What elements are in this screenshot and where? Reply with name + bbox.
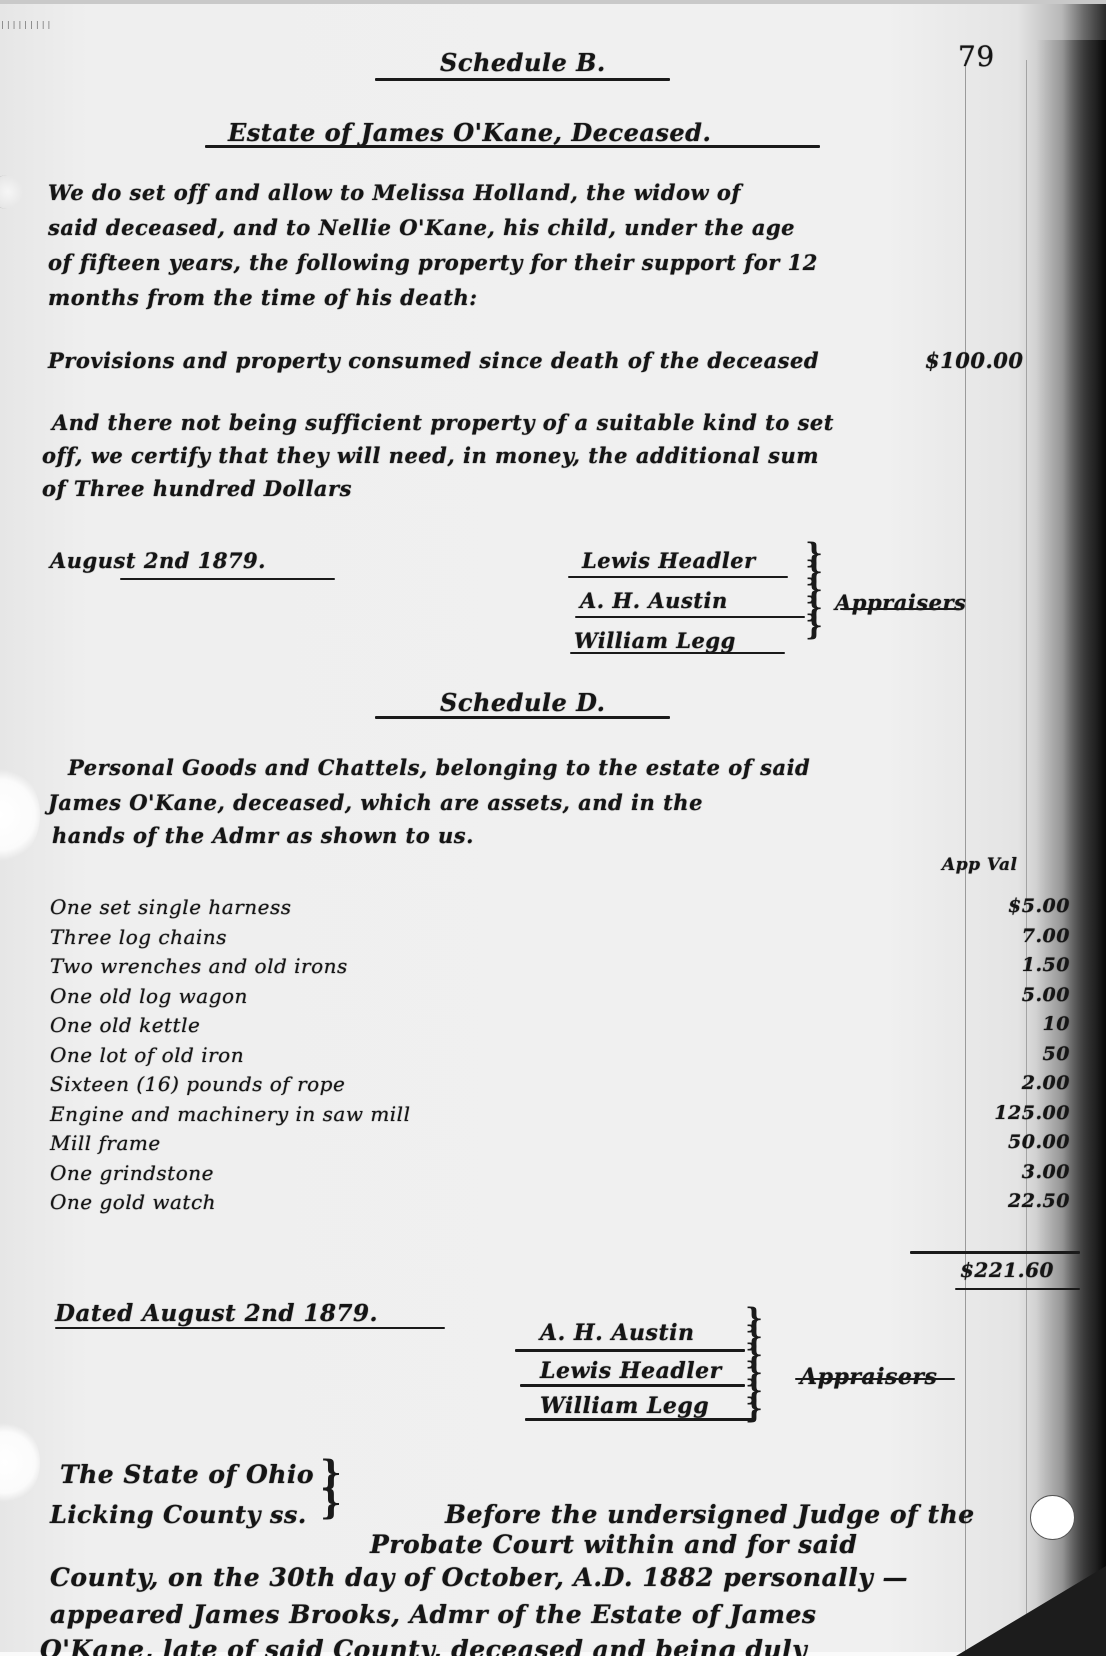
page-edge-shadow <box>1036 40 1106 1656</box>
date-underline <box>120 578 335 580</box>
schedule-d-date: Dated August 2nd 1879. <box>55 1300 378 1327</box>
title-underline <box>375 716 670 719</box>
item-value: 50 <box>960 1043 1070 1065</box>
appraisers-label: Appraisers <box>800 1364 937 1390</box>
brace-icon: }}}}}} <box>745 1310 763 1418</box>
total-rule <box>910 1251 1080 1254</box>
schedule-b-title: Schedule B. <box>440 48 606 77</box>
signature-line <box>525 1418 755 1421</box>
item-value: 10 <box>960 1013 1070 1035</box>
page-corner-shadow <box>956 1566 1106 1656</box>
schedule-d-title: Schedule D. <box>440 688 605 717</box>
inventory-item: One old log wagon <box>50 984 248 1008</box>
intro-line: hands of the Admr as shown to us. <box>52 823 474 848</box>
item-value: 3.00 <box>960 1161 1070 1183</box>
signature-line <box>520 1384 745 1387</box>
scan-top-edge <box>0 0 1106 4</box>
paragraph-line: of Three hundred Dollars <box>42 476 352 501</box>
item-value: 7.00 <box>960 925 1070 947</box>
label-underline <box>840 608 960 610</box>
appraiser-signature: A. H. Austin <box>540 1320 694 1346</box>
signature-line <box>575 616 805 618</box>
paragraph-line: months from the time of his death: <box>48 285 478 310</box>
binder-hole <box>0 175 24 209</box>
paragraph-line: off, we certify that they will need, in … <box>42 443 819 468</box>
affidavit-line: Before the undersigned Judge of the <box>445 1500 975 1529</box>
item-value: 22.50 <box>960 1190 1070 1212</box>
paragraph-line: said deceased, and to Nellie O'Kane, his… <box>48 215 795 240</box>
venue-caption: The State of Ohio <box>60 1460 314 1489</box>
binder-hole <box>1030 1495 1075 1540</box>
signature-line <box>515 1349 745 1352</box>
inventory-item: One lot of old iron <box>50 1043 244 1067</box>
item-value: 2.00 <box>960 1072 1070 1094</box>
label-underline <box>795 1378 955 1380</box>
paragraph-line: And there not being sufficient property … <box>52 410 834 435</box>
signature-line <box>570 652 785 654</box>
affidavit-line: appeared James Brooks, Admr of the Estat… <box>50 1600 816 1629</box>
inventory-item: One set single harness <box>50 895 292 919</box>
inventory-item: One gold watch <box>50 1190 216 1214</box>
paragraph-line: of fifteen years, the following property… <box>48 250 818 275</box>
item-value: 1.50 <box>960 954 1070 976</box>
inventory-total: $221.60 <box>960 1258 1054 1282</box>
intro-line: James O'Kane, deceased, which are assets… <box>48 790 703 815</box>
venue-caption: Licking County ss. <box>50 1500 307 1529</box>
appraiser-signature: William Legg <box>574 628 736 653</box>
appraiser-signature: Lewis Headler <box>540 1358 722 1384</box>
page-number: 79 <box>958 40 995 73</box>
margin-rule <box>1026 60 1027 1656</box>
date-underline <box>55 1327 445 1329</box>
inventory-item: Sixteen (16) pounds of rope <box>50 1072 345 1096</box>
brace-icon: }} <box>320 1458 342 1518</box>
value-column-header: App Val <box>942 855 1017 875</box>
affidavit-line: O'Kane, late of said County, deceased an… <box>40 1635 807 1656</box>
item-value: 5.00 <box>960 984 1070 1006</box>
schedule-b-date: August 2nd 1879. <box>50 548 266 573</box>
appraiser-signature: William Legg <box>540 1393 709 1419</box>
provisions-line: Provisions and property consumed since d… <box>48 348 819 373</box>
item-value: 50.00 <box>960 1131 1070 1153</box>
appraiser-signature: Lewis Headler <box>582 548 756 573</box>
inventory-item: Engine and machinery in saw mill <box>50 1102 410 1126</box>
inventory-item: Three log chains <box>50 925 227 949</box>
binder-hole <box>0 765 40 865</box>
affidavit-line: County, on the 30th day of October, A.D.… <box>50 1563 908 1592</box>
inventory-item: Two wrenches and old irons <box>50 954 348 978</box>
intro-line: Personal Goods and Chattels, belonging t… <box>68 755 810 780</box>
estate-heading: Estate of James O'Kane, Deceased. <box>228 118 711 147</box>
provisions-amount: $100.00 <box>925 348 1023 373</box>
signature-line <box>568 576 788 578</box>
heading-underline <box>205 145 820 148</box>
appraiser-signature: A. H. Austin <box>580 588 728 613</box>
title-underline <box>375 78 670 81</box>
total-double-rule <box>955 1288 1080 1290</box>
inventory-item: One grindstone <box>50 1161 214 1185</box>
appraisers-label: Appraisers <box>835 590 966 615</box>
margin-marks: ||||||||| <box>0 20 52 29</box>
paragraph-line: We do set off and allow to Melissa Holla… <box>48 180 741 205</box>
item-value: 125.00 <box>960 1102 1070 1124</box>
inventory-item: Mill frame <box>50 1131 161 1155</box>
inventory-item: One old kettle <box>50 1013 200 1037</box>
item-value: $5.00 <box>960 895 1070 917</box>
document-scan: ||||||||| 79 Schedule B. Estate of James… <box>0 0 1106 1656</box>
brace-icon: }}}}} <box>805 545 823 635</box>
affidavit-line: Probate Court within and for said <box>370 1530 857 1559</box>
binder-hole <box>0 1420 40 1505</box>
